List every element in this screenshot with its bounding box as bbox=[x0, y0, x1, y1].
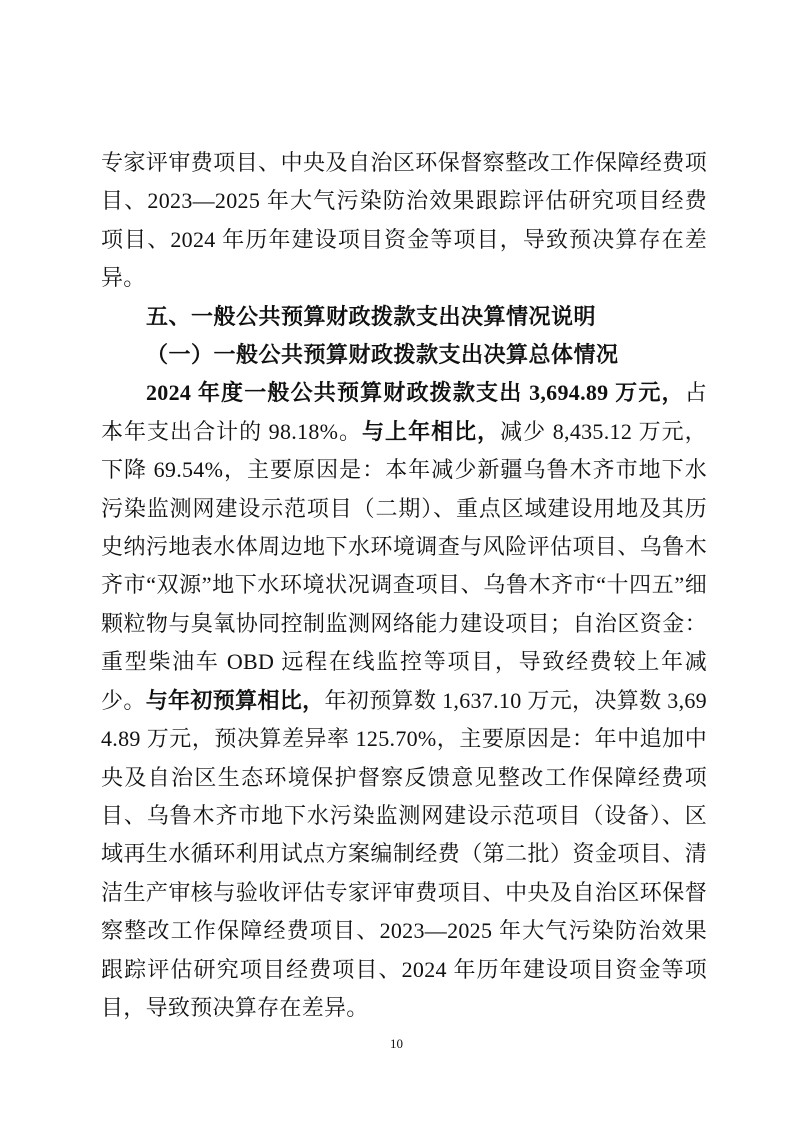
text-run: 专家评审费项目、中央及自治区环保督察整改工作保障经费项目、2023—2025 年… bbox=[101, 150, 707, 290]
text-run-bold: 与年初预算相比， bbox=[146, 688, 325, 713]
document-page: 专家评审费项目、中央及自治区环保督察整改工作保障经费项目、2023—2025 年… bbox=[0, 0, 793, 1122]
subsection-heading: （一）一般公共预算财政拨款支出决算总体情况 bbox=[101, 336, 707, 374]
text-run-bold: 与上年相比， bbox=[362, 419, 500, 444]
page-number: 10 bbox=[0, 1036, 793, 1052]
text-run: 减少 8,435.12 万元，下降 69.54%，主要原因是：本年减少新疆乌鲁木… bbox=[101, 419, 707, 713]
section-heading: 五、一般公共预算财政拨款支出决算情况说明 bbox=[101, 298, 707, 336]
paragraph-overview: 2024 年度一般公共预算财政拨款支出 3,694.89 万元，占本年支出合计的… bbox=[101, 374, 707, 1027]
heading-text: 五、一般公共预算财政拨款支出决算情况说明 bbox=[146, 304, 596, 329]
document-body: 专家评审费项目、中央及自治区环保督察整改工作保障经费项目、2023—2025 年… bbox=[101, 144, 707, 1027]
text-run-bold: 2024 年度一般公共预算财政拨款支出 3,694.89 万元， bbox=[146, 380, 685, 405]
text-run: 年初预算数 1,637.10 万元，决算数 3,694.89 万元，预决算差异率… bbox=[101, 688, 707, 1020]
heading-text: （一）一般公共预算财政拨款支出决算总体情况 bbox=[146, 342, 619, 367]
paragraph-carryover: 专家评审费项目、中央及自治区环保督察整改工作保障经费项目、2023—2025 年… bbox=[101, 144, 707, 298]
